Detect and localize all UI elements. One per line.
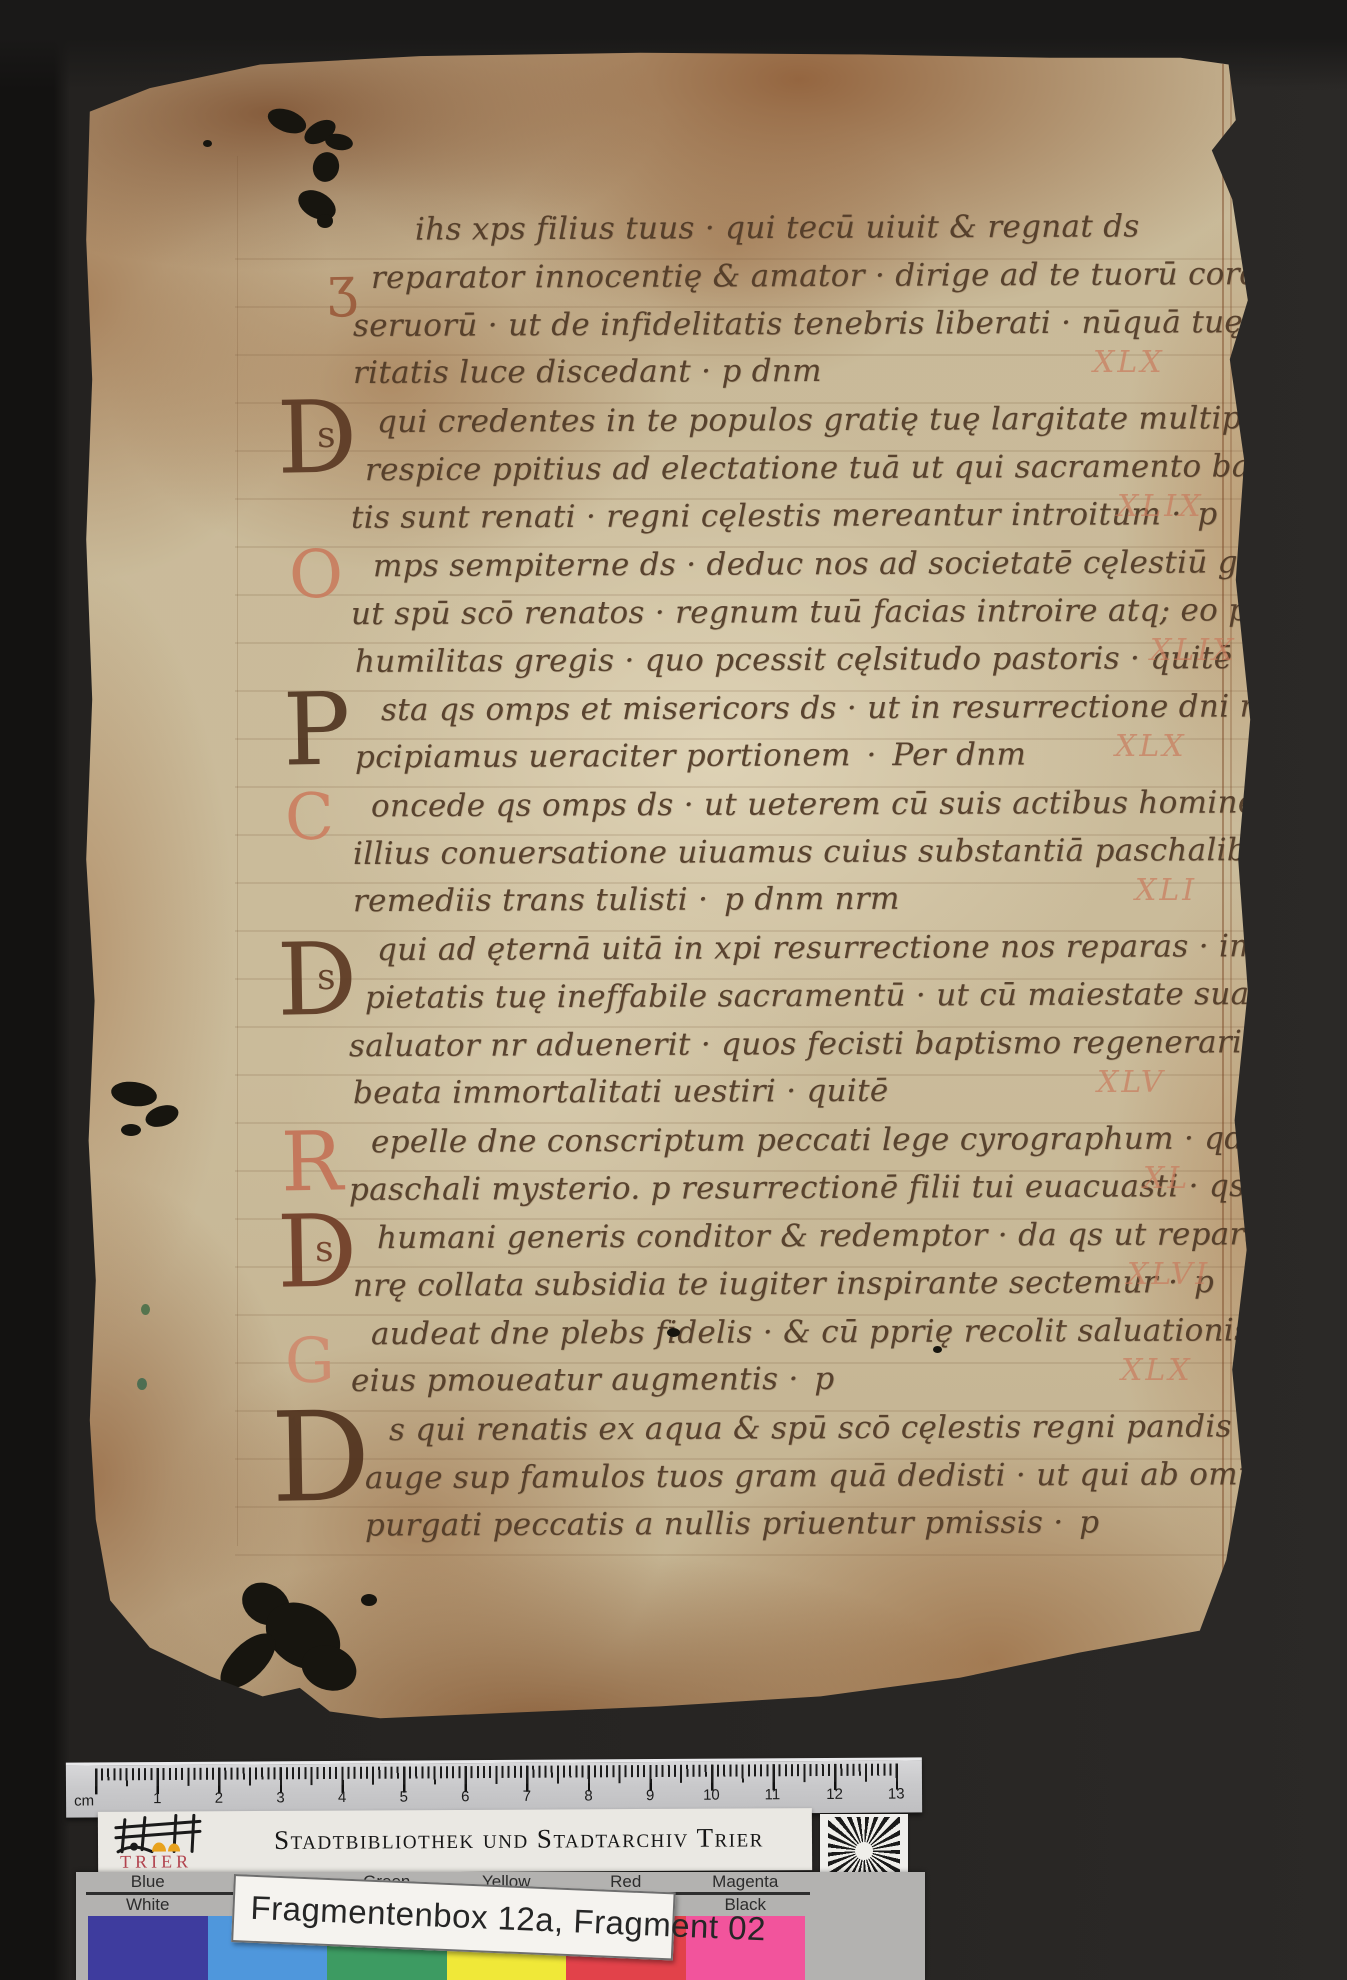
manuscript-text-line: purgati peccatis a nullis priuentur pmis… — [365, 1506, 1100, 1542]
manuscript-text-line: respice ppitius ad electatione tuā ut qu… — [365, 450, 1347, 487]
manuscript-initial: ʒ — [327, 260, 358, 315]
manuscript-text-line: ihs xps filius tuus · qui tecū uiuit & r… — [415, 210, 1140, 246]
institution-label: Trier Stadtbibliothek und Stadtarchiv Tr… — [98, 1808, 812, 1874]
damage-hole — [203, 140, 212, 147]
damage-hole — [143, 1101, 182, 1131]
manuscript-text-line: ritatis luce discedant · p dnm — [353, 355, 822, 390]
margin-numeral: XLIX — [1117, 492, 1204, 522]
manuscript-text-line: saluator nr aduenerit · quos fecisti bap… — [349, 1026, 1347, 1063]
damage-hole — [361, 1594, 377, 1606]
manuscript-text-line: paschali mysterio. p resurrectionē filii… — [349, 1170, 1245, 1206]
manuscript-text-line: reparator innocentię & amator · dirige a… — [371, 258, 1279, 295]
ruler-number: 10 — [703, 1788, 720, 1803]
ruler-number: 2 — [215, 1791, 223, 1806]
color-name-label: White — [88, 1896, 208, 1915]
ruler-number: 5 — [400, 1790, 408, 1805]
manuscript-text-line: pietatis tuę ineffabile sacramentū · ut … — [365, 978, 1249, 1014]
damage-hole — [141, 1304, 150, 1315]
damage-hole — [310, 149, 343, 185]
damage-hole — [121, 1124, 141, 1136]
ruler-unit-label: cm — [74, 1793, 94, 1808]
manuscript-text-line: pcipiamus ueraciter portionem · Per dnm — [355, 739, 1026, 774]
damage-hole — [933, 1346, 942, 1353]
damage-hole — [667, 1328, 680, 1337]
ruler-number: 3 — [276, 1790, 284, 1805]
margin-numeral: XLX — [1093, 348, 1165, 378]
manuscript-initial: P — [282, 679, 351, 780]
margin-numeral: XLI — [1135, 876, 1197, 906]
damage-hole — [110, 1079, 159, 1109]
manuscript-text-line: oncede qs omps ds · ut ueterem cū suis a… — [371, 786, 1347, 823]
manuscript-text-line: remediis trans tulisti · p dnm nrm — [353, 883, 900, 918]
manuscript-text-line: qui ad ęternā uitā in xpi resurrectione … — [377, 930, 1308, 967]
manuscript-text-line: mps sempiterne ds · deduc nos ad societa… — [373, 546, 1347, 583]
stadtbibliothek-logo-icon — [112, 1813, 220, 1856]
institution-title: Stadtbibliothek und Stadtarchiv Trier — [236, 1821, 802, 1856]
manuscript-text-line: nrę collata subsidia te iugiter inspiran… — [353, 1266, 1214, 1302]
margin-numeral: XLV — [1097, 1068, 1165, 1098]
color-name-label: Blue — [88, 1873, 208, 1892]
margin-numeral: XLIX — [1150, 636, 1237, 666]
manuscript-initial: s — [315, 1232, 334, 1268]
institution-city-label: Trier — [120, 1852, 192, 1870]
manuscript-text-line: humilitas gregis · quo pcessit cęlsitudo… — [355, 642, 1232, 678]
ruler-number: 12 — [826, 1787, 843, 1802]
color-name-label: Magenta — [686, 1873, 806, 1892]
manuscript-text-line: s qui renatis ex aqua & spū scō cęlestis… — [389, 1410, 1347, 1447]
damage-hole — [137, 1378, 147, 1390]
margin-numeral: XLX — [1115, 732, 1187, 762]
ruler-number: 11 — [765, 1787, 781, 1802]
ruler-number: 1 — [153, 1791, 161, 1806]
damage-hole — [317, 214, 333, 228]
ruler-number: 13 — [888, 1786, 905, 1801]
damage-hole — [148, 1727, 198, 1766]
manuscript-text-line: epelle dne conscriptum peccati lege cyro… — [371, 1122, 1347, 1159]
manuscript-text-line: tis sunt renati · regni cęlestis mereant… — [351, 498, 1218, 534]
manuscript-text-line: beata immortalitati uestiri · quitē — [353, 1075, 889, 1110]
margin-numeral: XLX — [1121, 1356, 1193, 1386]
manuscript-page: ihs xps filius tuus · qui tecū uiuit & r… — [55, 46, 1255, 1730]
ruler-number: 8 — [584, 1788, 592, 1803]
manuscript-text-line: seruorū · ut de infidelitatis tenebris l… — [353, 306, 1292, 343]
manuscript-text-line: humani generis conditor & redemptor · da… — [377, 1218, 1347, 1255]
damage-hole — [324, 132, 354, 153]
manuscript-text-line: ut spū scō renatos · regnum tuū facias i… — [351, 594, 1347, 631]
manuscript-initial: G — [284, 1330, 335, 1393]
manuscript-initial: s — [317, 960, 336, 996]
manuscript-text-line: illius conuersatione uiuamus cuius subst… — [353, 834, 1284, 871]
manuscript-text-line: auge sup famulos tuos gram quā dedisti ·… — [365, 1458, 1347, 1495]
scan-photo: ihs xps filius tuus · qui tecū uiuit & r… — [0, 0, 1347, 1980]
manuscript-text-line: audeat dne plebs fidelis · & cū pprię re… — [371, 1314, 1347, 1351]
manuscript-text-line: sta qs omps et misericors ds · ut in res… — [381, 690, 1347, 727]
manuscript-text-line: eius pmoueatur augmentis · p — [351, 1363, 835, 1398]
ruler-number: 7 — [523, 1789, 531, 1804]
damage-hole — [264, 104, 309, 138]
manuscript-initial: s — [317, 418, 336, 454]
manuscript-text-line: qui credentes in te populos gratię tuę l… — [377, 402, 1335, 439]
ruler-number: 6 — [461, 1789, 469, 1804]
left-bounding-line — [237, 156, 238, 1546]
ruler-number: 9 — [646, 1788, 654, 1803]
ruler-number: 4 — [338, 1790, 346, 1805]
manuscript-initial: C — [284, 786, 334, 851]
manuscript-initial: O — [288, 542, 343, 609]
margin-numeral: XL — [1143, 1164, 1190, 1194]
manuscript-initial: D — [270, 1395, 372, 1521]
swatch-blue — [88, 1916, 208, 1980]
margin-numeral: XLVI — [1127, 1260, 1210, 1290]
